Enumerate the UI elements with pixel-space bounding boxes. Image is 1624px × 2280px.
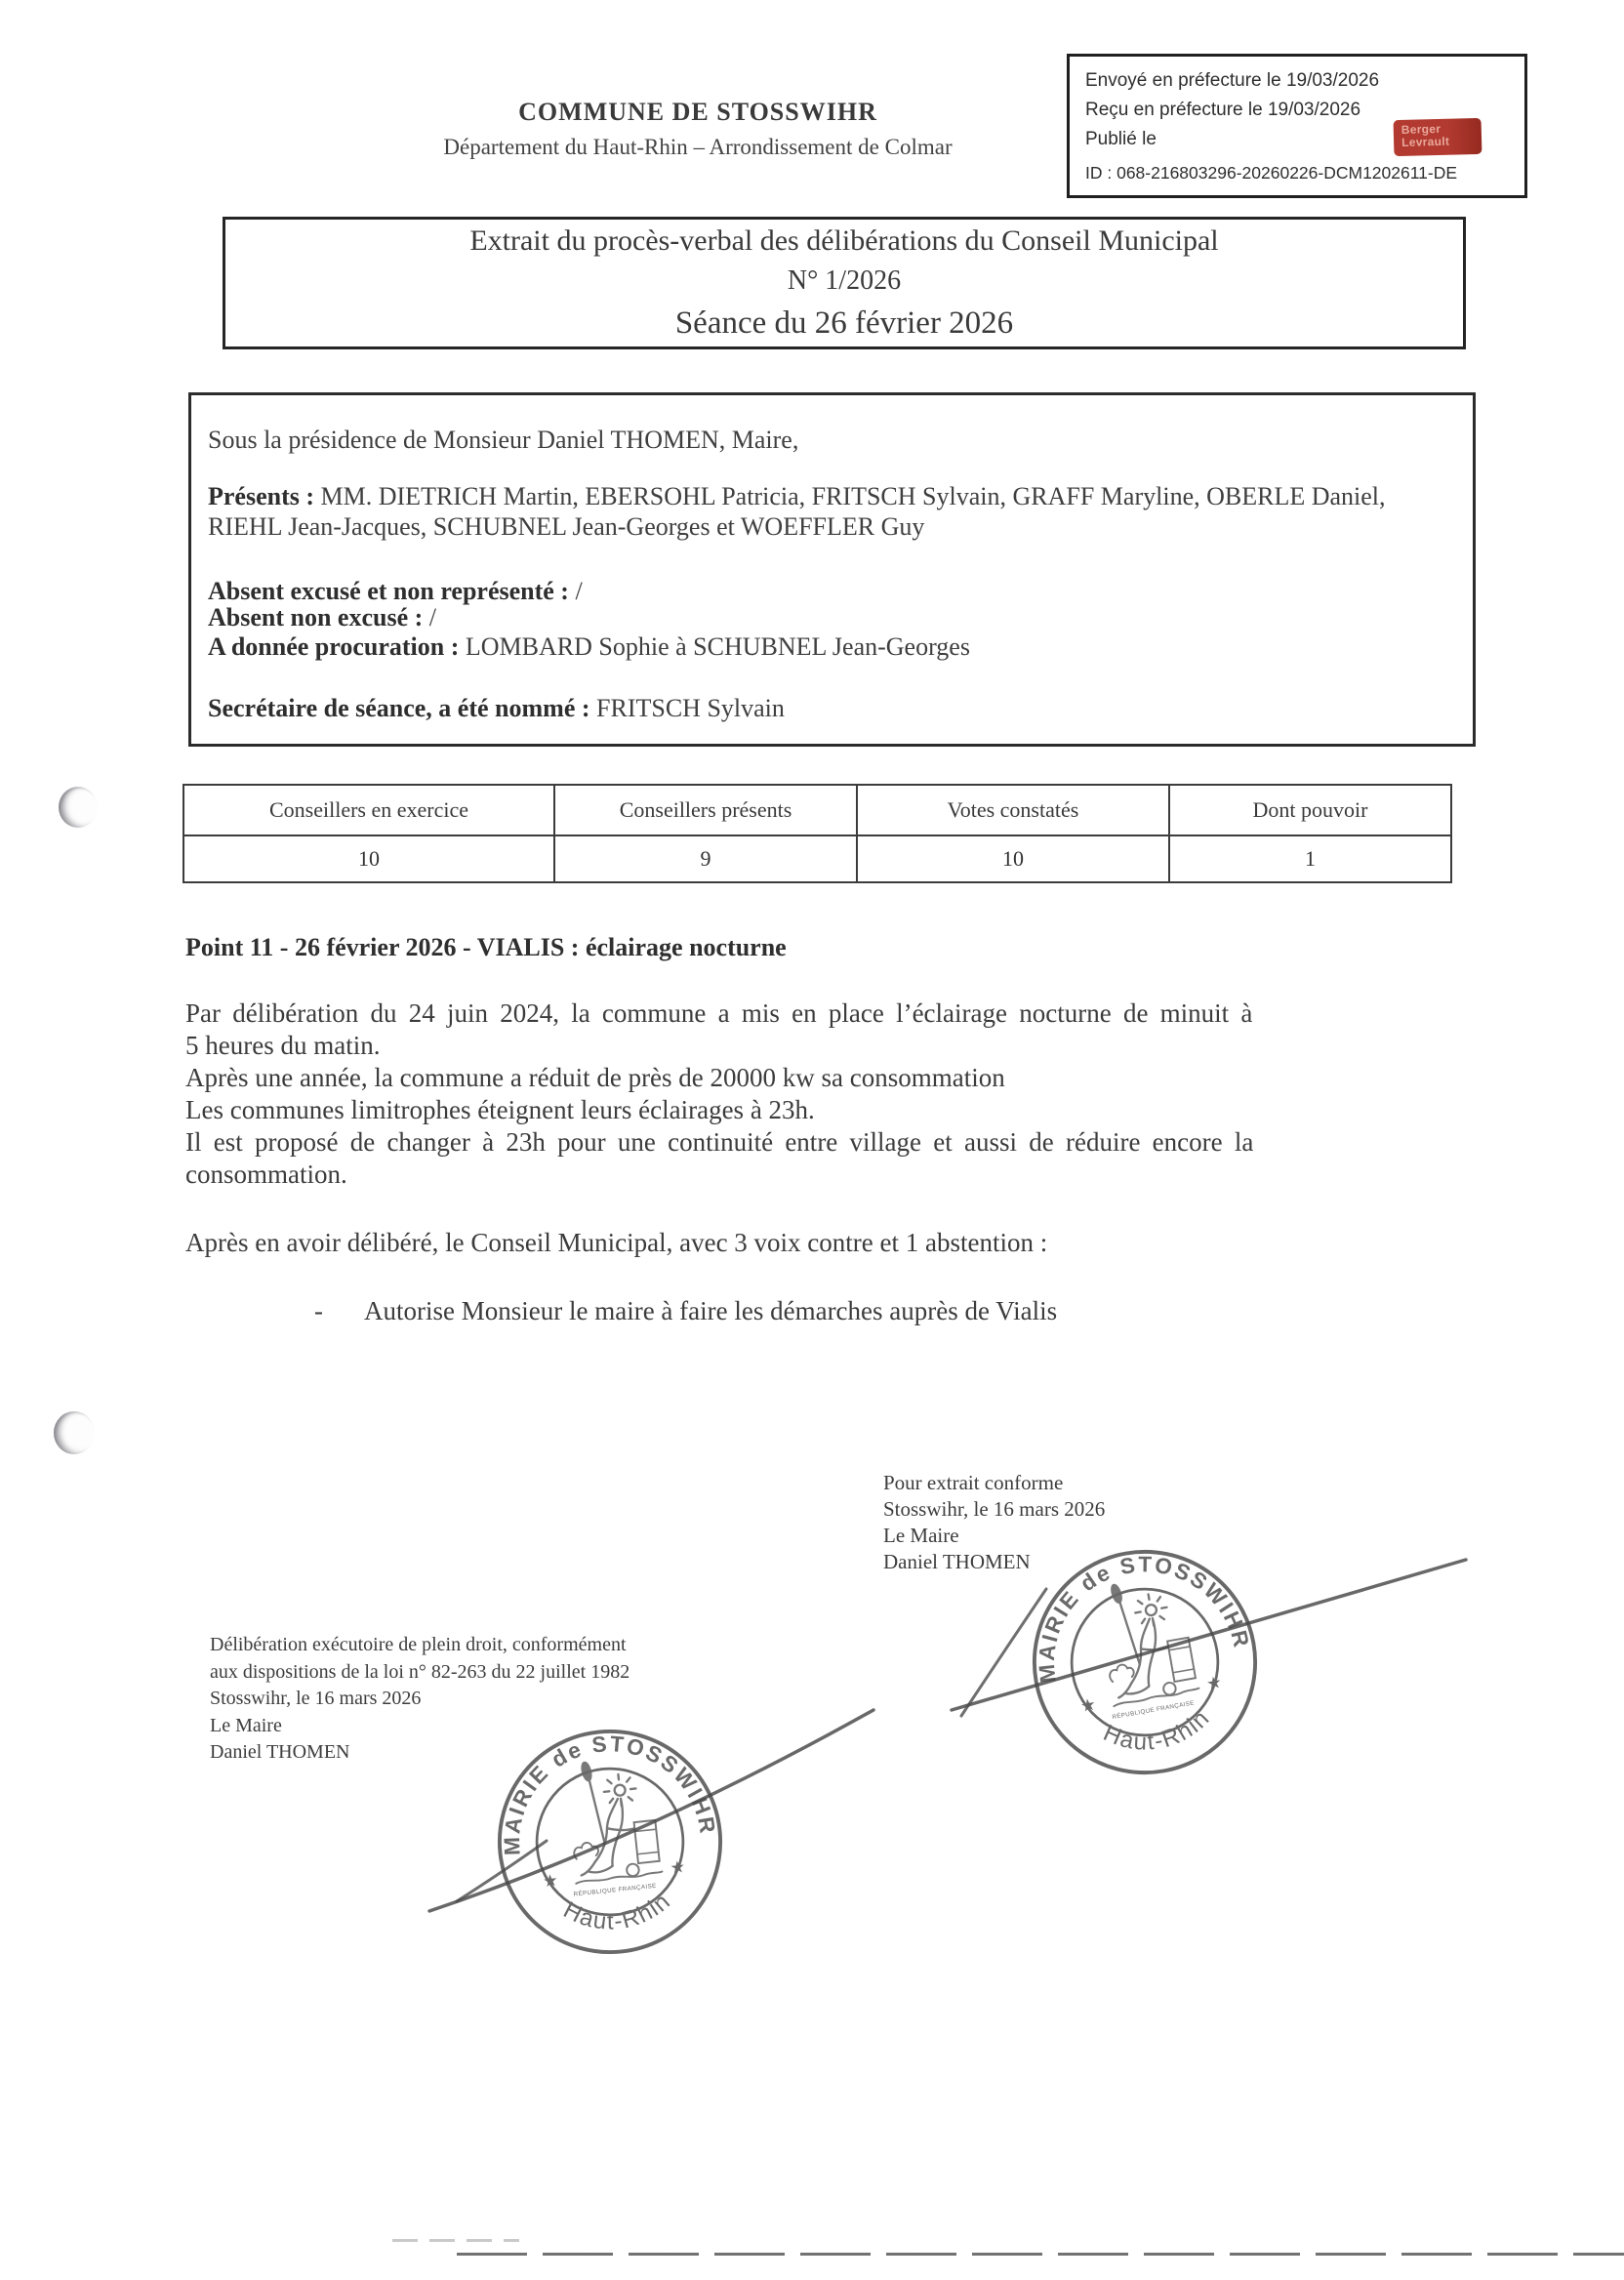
cert-right-line-1: Pour extrait conforme [883,1470,1105,1496]
title-line-numero: N° 1/2026 [788,262,901,301]
absent-line: Absent non excusé : / [208,603,436,632]
page-bottom-scan-mark [392,2239,519,2242]
cert-left-line-1: Délibération exécutoire de plein droit, … [210,1632,629,1659]
prefecture-id-line: ID : 068-216803296-20260226-DCM1202611-D… [1085,161,1515,184]
absent-excuse-label: Absent excusé et non représenté : [208,577,569,605]
body-line-5: Il est proposé de changer à 23h pour une… [185,1126,1454,1159]
cert-right-line-2: Stosswihr, le 16 mars 2026 [883,1496,1105,1523]
resolution-bullet-text: Autorise Monsieur le maire à faire les d… [364,1296,1057,1326]
vote-table-value-conseillers-exercice: 10 [184,836,555,881]
title-line-extrait: Extrait du procès-verbal des délibératio… [469,221,1218,262]
body-line-3: Après une année, la commune a réduit de … [185,1062,1454,1094]
bullet-dash: - [314,1296,323,1326]
page-bottom-scan-line [457,2253,1624,2256]
procuration-value: LOMBARD Sophie à SCHUBNEL Jean-Georges [459,632,970,661]
berger-levrault-logo-line2: Levrault [1401,135,1482,149]
cert-left-line-2: aux dispositions de la loi n° 82-263 du … [210,1659,629,1687]
vote-table-header-conseillers-presents: Conseillers présents [555,786,858,836]
point-heading: Point 11 - 26 février 2026 - VIALIS : éc… [185,933,787,962]
attendance-box: Sous la présidence de Monsieur Daniel TH… [188,392,1476,747]
procuration-label: A donnée procuration : [208,632,459,661]
presents-label: Présents : [208,482,314,510]
mayor-signature-left [415,1698,903,1923]
body-line-2: 5 heures du matin. [185,1030,1454,1062]
resolution-intro: Après en avoir délibéré, le Conseil Muni… [185,1228,1047,1258]
vote-table-header-dont-pouvoir: Dont pouvoir [1170,786,1450,836]
body-line-1: Par délibération du 24 juin 2024, la com… [185,997,1454,1030]
absent-excuse-line: Absent excusé et non représenté : / [208,577,583,606]
vote-count-table: Conseillers en exercice Conseillers prés… [183,784,1452,883]
secretaire-value: FRITSCH Sylvain [590,694,785,722]
procuration-line: A donnée procuration : LOMBARD Sophie à … [208,632,970,662]
deliberation-title-box: Extrait du procès-verbal des délibératio… [223,217,1466,349]
mayor-signature-right [927,1542,1493,1776]
berger-levrault-logo: Berger Levrault [1394,118,1482,156]
deliberation-body: Par délibération du 24 juin 2024, la com… [185,997,1454,1191]
secretaire-line: Secrétaire de séance, a été nommé : FRIT… [208,694,785,723]
presents-line-1: Présents : MM. DIETRICH Martin, EBERSOHL… [208,482,1386,511]
absent-excuse-value: / [569,577,583,605]
presents-line-2: RIEHL Jean-Jacques, SCHUBNEL Jean-George… [208,512,924,542]
vote-table-header-votes-constates: Votes constatés [858,786,1170,836]
vote-table-value-conseillers-presents: 9 [555,836,858,881]
scanned-document-page: COMMUNE DE STOSSWIHR Département du Haut… [0,0,1624,2280]
vote-table-value-dont-pouvoir: 1 [1170,836,1450,881]
hole-punch-bottom [54,1411,95,1454]
absent-value: / [423,603,436,631]
presents-names-1: MM. DIETRICH Martin, EBERSOHL Patricia, … [314,482,1386,510]
body-line-4: Les communes limitrophes éteignent leurs… [185,1094,1454,1126]
hole-punch-top [59,787,98,828]
vote-table-value-votes-constates: 10 [858,836,1170,881]
prefecture-sent-line: Envoyé en préfecture le 19/03/2026 [1085,66,1515,96]
presidence-line: Sous la présidence de Monsieur Daniel TH… [208,426,798,455]
absent-label: Absent non excusé : [208,603,423,631]
department-line: Département du Haut-Rhin – Arrondissemen… [234,135,1161,160]
commune-header: COMMUNE DE STOSSWIHR [234,98,1161,127]
vote-table-header-conseillers-exercice: Conseillers en exercice [184,786,555,836]
body-line-6: consommation. [185,1159,1454,1191]
title-line-seance: Séance du 26 février 2026 [675,301,1013,346]
prefecture-transmission-box: Envoyé en préfecture le 19/03/2026 Reçu … [1067,54,1527,198]
secretaire-label: Secrétaire de séance, a été nommé : [208,694,590,722]
